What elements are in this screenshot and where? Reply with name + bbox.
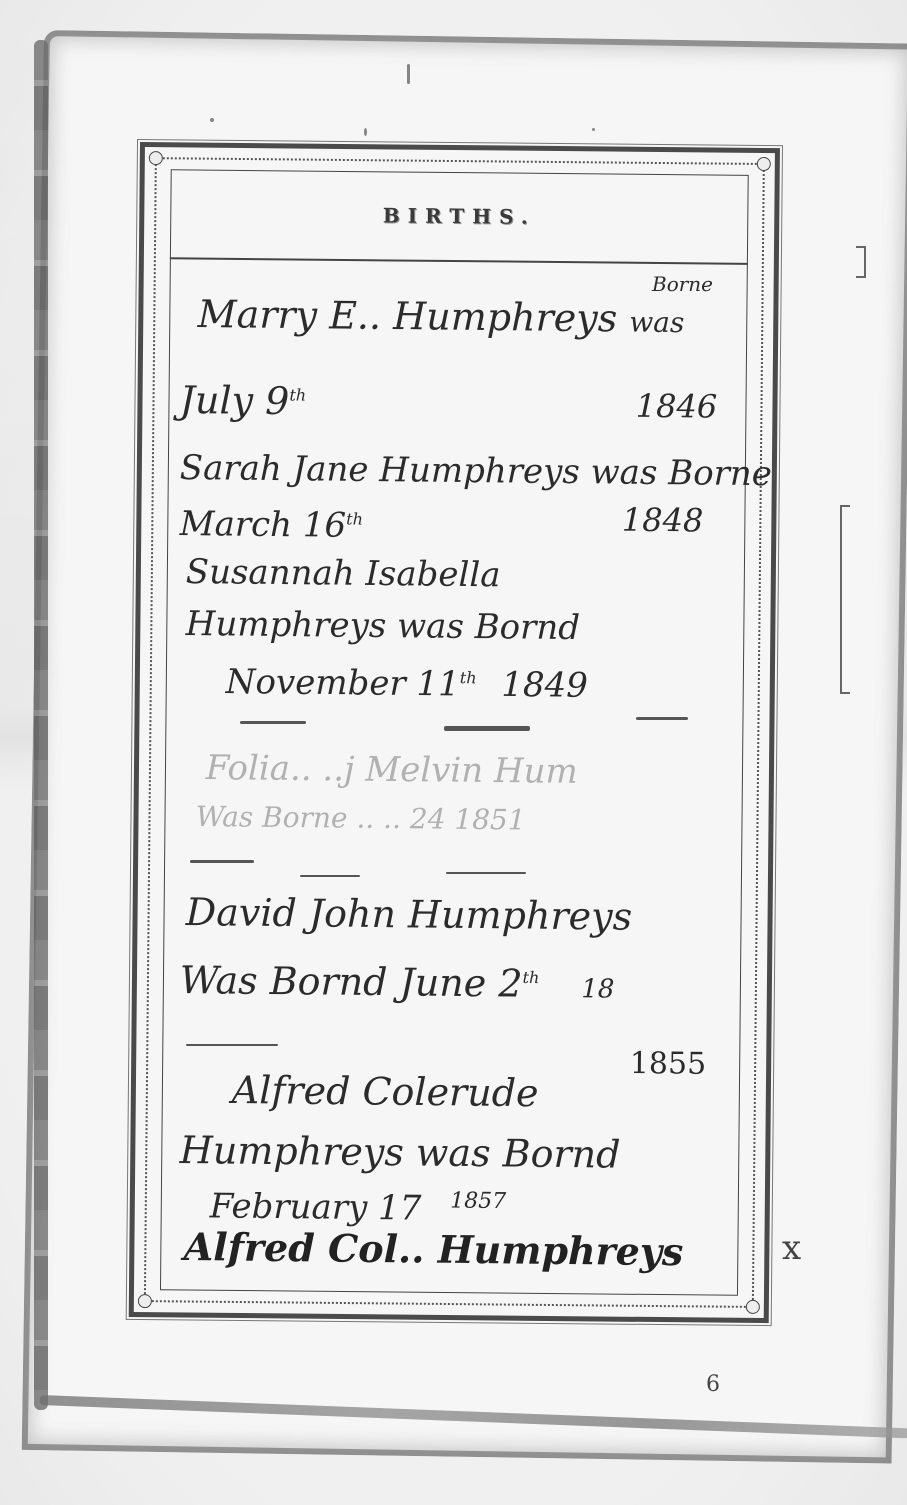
- entry-2-line-1: Sarah Jane Humphreys was Borne: [180, 448, 773, 494]
- entry-6-line-1: Alfred Colerude: [232, 1068, 539, 1115]
- frame-corner-rosette: [757, 157, 771, 171]
- entry-5-ordinal: th: [522, 968, 539, 987]
- page-title: BIRTHS.: [383, 203, 536, 228]
- scan-speck: [407, 64, 410, 84]
- separator-rule: [190, 860, 254, 863]
- separator-rule: [240, 721, 306, 724]
- scan-speck: [592, 128, 595, 131]
- entry-1-date: July 9: [180, 378, 290, 423]
- entry-4-line-2: Was Borne .. .. 24 1851: [196, 800, 526, 836]
- entry-4-was-born: Was Borne .. .. 24 1851: [196, 800, 526, 836]
- entry-1-above-text: Borne: [652, 272, 713, 296]
- entry-3-line-1: Susannah Isabella: [186, 552, 501, 595]
- entry-6-date: February 17: [210, 1186, 422, 1228]
- header-band: BIRTHS.: [170, 169, 749, 265]
- entry-6-line-3: February 17 1857: [210, 1186, 507, 1229]
- frame-corner-rosette: [149, 151, 163, 165]
- entry-2-name: Sarah Jane Humphreys was Borne: [180, 448, 773, 494]
- entry-2-date: March 16: [180, 504, 347, 546]
- entry-1-year: 1846: [636, 387, 718, 426]
- entry-5-line-2: Was Bornd June 2th 18: [180, 958, 615, 1007]
- margin-bracket: [840, 505, 850, 694]
- entry-3-line-3: November 11th 1849: [226, 662, 588, 706]
- entry-6-line-4: Alfred Col.. Humphreys: [184, 1224, 684, 1274]
- separator-rule: [636, 717, 688, 720]
- entry-3-was-born: Humphreys was Bornd: [186, 604, 581, 648]
- entry-3-ordinal: th: [460, 668, 477, 687]
- entry-3-date: November 11: [226, 662, 460, 704]
- separator-rule: [446, 872, 526, 874]
- entry-6-name: Alfred Colerude: [232, 1068, 539, 1115]
- frame-corner-rosette: [138, 1294, 152, 1308]
- entry-1-was: was: [629, 306, 684, 340]
- entry-5-was-born: Was Bornd June 2: [180, 958, 523, 1006]
- worn-left-edge: [34, 40, 48, 1410]
- entry-1-name: Marry E.. Humphreys: [198, 292, 618, 340]
- frame-corner-rosette: [746, 1300, 760, 1314]
- entry-2-year: 1848: [622, 501, 704, 540]
- entry-1-ordinal: th: [289, 385, 306, 404]
- entry-5-name: David John Humphreys: [186, 890, 633, 939]
- entry-5-year-overflow: 18: [581, 974, 614, 1004]
- entry-6-year-above: 1855: [630, 1046, 707, 1082]
- entry-2-line-2: March 16th 1848: [180, 504, 364, 546]
- margin-x-mark: x: [782, 1228, 801, 1268]
- separator-rule: [300, 875, 360, 877]
- entry-6-year: 1857: [450, 1189, 506, 1215]
- separator-rule: [444, 726, 530, 731]
- margin-bottom-mark: 6: [706, 1372, 720, 1397]
- entry-6-overwrite: Alfred Col.. Humphreys: [184, 1224, 684, 1274]
- entry-4-line-1: Folia.. ..j Melvin Hum: [206, 748, 578, 792]
- entry-6-line-2: Humphreys was Bornd: [180, 1128, 621, 1177]
- entry-3-year: 1849: [501, 665, 588, 706]
- entry-3-name: Susannah Isabella: [186, 552, 501, 595]
- entry-1-line-2: July 9th 1846: [180, 378, 307, 423]
- entry-3-line-2: Humphreys was Bornd: [186, 604, 581, 648]
- entry-4-name: Folia.. ..j Melvin Hum: [206, 748, 578, 792]
- entry-5-line-1: David John Humphreys: [186, 890, 633, 939]
- entry-1-line-1: Marry E.. Humphreys was: [198, 292, 685, 341]
- entry-2-ordinal: th: [346, 509, 363, 528]
- separator-rule: [186, 1044, 278, 1046]
- scan-speck: [364, 128, 367, 136]
- margin-bracket: [856, 246, 866, 278]
- scan-speck: [210, 118, 214, 122]
- entry-6-was-born: Humphreys was Bornd: [180, 1128, 621, 1177]
